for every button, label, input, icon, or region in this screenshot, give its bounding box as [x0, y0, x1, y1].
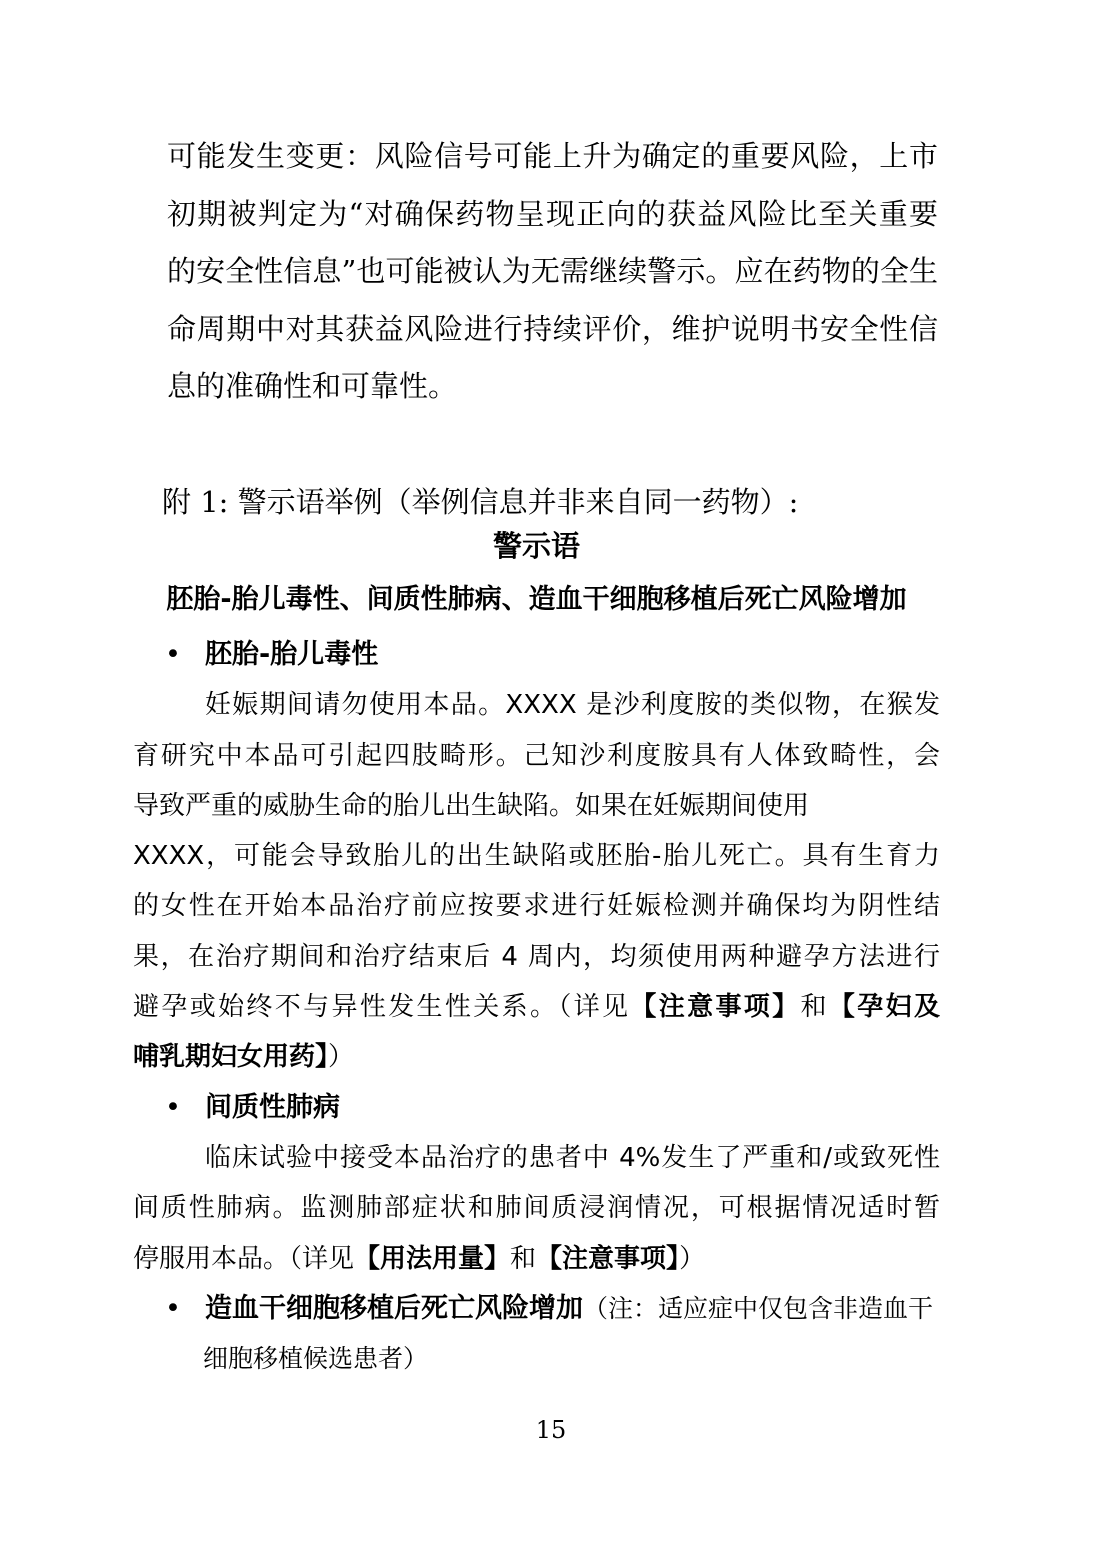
intro-line-2: 初期被判定为“对确保药物呈现正向的获益风险比至关重要: [167, 186, 938, 244]
embryo-line-1: 妊娠期间请勿使用本品。XXXX 是沙利度胺的类似物，在猴发: [133, 680, 940, 730]
lung-line-3-close: ）: [679, 1244, 705, 1274]
embryo-line-8-close: ）: [328, 1042, 354, 1072]
cross-ref-precautions: 【注意事项】: [630, 992, 800, 1022]
bullet-title-text: 造血干细胞移植后死亡风险增加: [205, 1293, 583, 1324]
bullet-item-lung-title: • 间质性肺病: [133, 1083, 940, 1133]
intro-paragraph: 可能发生变更：风险信号可能上升为确定的重要风险，上市 初期被判定为“对确保药物呈…: [167, 128, 938, 416]
bullet-item-embryo-title: • 胚胎-胎儿毒性: [133, 630, 940, 680]
lung-line-3-and: 和: [510, 1244, 536, 1274]
cross-ref-pregnancy-part2: 哺乳期妇女用药】: [133, 1042, 328, 1072]
embryo-line-7-and: 和: [801, 992, 829, 1022]
warning-box-title: 警示语: [133, 529, 940, 564]
embryo-line-7-text: 避孕或始终不与异性发生性关系。（详见: [133, 992, 630, 1022]
cross-ref-precautions: 【注意事项】: [536, 1244, 679, 1274]
appendix-heading: 附 1: 警示语举例（举例信息并非来自同一药物）:: [162, 482, 962, 522]
embryo-line-8: 哺乳期妇女用药】）: [133, 1032, 940, 1082]
embryo-line-3: 导致严重的威胁生命的胎儿出生缺陷。如果在妊娠期间使用: [133, 781, 940, 831]
document-page: 可能发生变更：风险信号可能上升为确定的重要风险，上市 初期被判定为“对确保药物呈…: [0, 0, 1102, 1559]
embryo-line-7: 避孕或始终不与异性发生性关系。（详见【注意事项】和【孕妇及: [133, 982, 940, 1032]
warning-body: • 胚胎-胎儿毒性 妊娠期间请勿使用本品。XXXX 是沙利度胺的类似物，在猴发 …: [133, 630, 940, 1384]
bullet-title-text: 胚胎-胎儿毒性: [205, 639, 378, 670]
intro-line-4: 命周期中对其获益风险进行持续评价，维护说明书安全性信: [167, 301, 938, 359]
lung-line-2: 间质性肺病。监测肺部症状和肺间质浸润情况，可根据情况适时暂: [133, 1183, 940, 1233]
lung-line-3: 停服用本品。（详见【用法用量】和【注意事项】）: [133, 1234, 940, 1284]
hsct-note-part2: 细胞移植候选患者）: [133, 1334, 940, 1384]
page-number: 15: [0, 1415, 1102, 1445]
warning-box-subtitle: 胚胎-胎儿毒性、间质性肺病、造血干细胞移植后死亡风险增加: [133, 583, 940, 616]
lung-line-3-text: 停服用本品。（详见: [133, 1244, 354, 1274]
bullet-icon: •: [165, 1284, 181, 1334]
cross-ref-pregnancy-part1: 【孕妇及: [829, 992, 940, 1022]
embryo-line-4: XXXX，可能会导致胎儿的出生缺陷或胚胎-胎儿死亡。具有生育力: [133, 831, 940, 881]
bullet-icon: •: [165, 1083, 181, 1133]
intro-line-1: 可能发生变更：风险信号可能上升为确定的重要风险，上市: [167, 128, 938, 186]
hsct-note-part1: （注：适应症中仅包含非造血干: [583, 1294, 933, 1323]
intro-line-3: 的安全性信息”也可能被认为无需继续警示。应在药物的全生: [167, 243, 938, 301]
cross-ref-dosage: 【用法用量】: [354, 1244, 510, 1274]
embryo-line-6: 果，在治疗期间和治疗结束后 4 周内，均须使用两种避孕方法进行: [133, 932, 940, 982]
embryo-line-5: 的女性在开始本品治疗前应按要求进行妊娠检测并确保均为阴性结: [133, 881, 940, 931]
intro-line-5: 息的准确性和可靠性。: [167, 358, 938, 416]
bullet-item-hsct-title: • 造血干细胞移植后死亡风险增加（注：适应症中仅包含非造血干: [133, 1284, 940, 1334]
embryo-line-2: 育研究中本品可引起四肢畸形。己知沙利度胺具有人体致畸性，会: [133, 731, 940, 781]
bullet-icon: •: [165, 630, 181, 680]
bullet-title-text: 间质性肺病: [205, 1092, 340, 1123]
lung-line-1: 临床试验中接受本品治疗的患者中 4%发生了严重和/或致死性: [133, 1133, 940, 1183]
